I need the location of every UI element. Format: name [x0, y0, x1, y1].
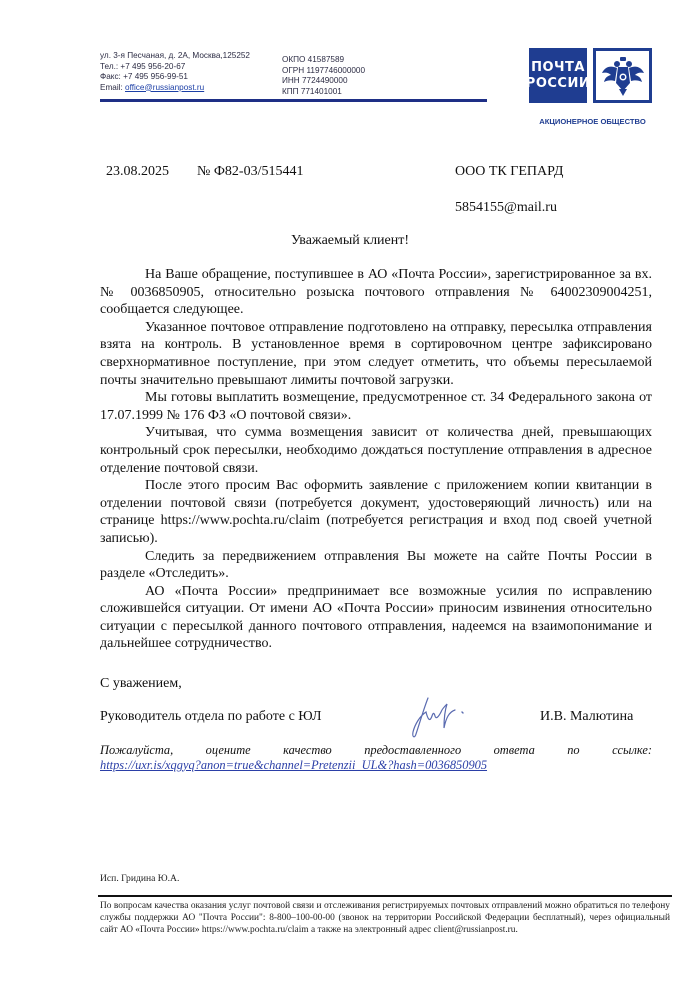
pochta-rossii-logo: ПОЧТА РОССИИ — [529, 48, 656, 103]
salutation: Уважаемый клиент! — [0, 233, 700, 249]
rating-word: оцените — [206, 743, 251, 758]
paragraph-4: Учитывая, что сумма возмещения зависит о… — [100, 424, 652, 477]
sender-email-link[interactable]: office@russianpost.ru — [125, 83, 204, 92]
closing-regards: С уважением, — [100, 676, 182, 692]
signer-name: И.В. Малютина — [540, 709, 633, 725]
sender-phone: Тел.: +7 495 956-20-67 — [100, 62, 250, 73]
rating-word: Пожалуйста, — [100, 743, 173, 758]
footer-divider — [98, 895, 672, 897]
kpp-code: КПП 771401001 — [282, 87, 365, 98]
logo-line-2: РОССИИ — [526, 76, 590, 92]
header-divider — [100, 99, 487, 102]
inn-code: ИНН 7724490000 — [282, 76, 365, 87]
letter-date: 23.08.2025 — [106, 164, 169, 180]
executor-name: Исп. Гридина Ю.А. — [100, 873, 179, 884]
rating-word: качество — [283, 743, 332, 758]
sender-address: ул. 3-я Песчаная, д. 2А, Москва,125252 — [100, 51, 250, 62]
logo-line-1: ПОЧТА — [531, 60, 585, 76]
sender-fax: Факс: +7 495 956-99-51 — [100, 72, 250, 83]
ogrn-code: ОГРН 1197746000000 — [282, 66, 365, 77]
logo-emblem-box — [593, 48, 652, 103]
okpo-code: ОКПО 41587589 — [282, 55, 365, 66]
paragraph-7: АО «Почта России» предпринимает все возм… — [100, 583, 652, 653]
handwritten-signature-icon — [400, 694, 480, 742]
paragraph-3: Мы готовы выплатить возмещение, предусмо… — [100, 389, 652, 424]
logo-subtitle: АКЦИОНЕРНОЕ ОБЩЕСТВО — [529, 117, 656, 126]
support-notice: По вопросам качества оказания услуг почт… — [100, 900, 670, 937]
letter-number: № Ф82-03/515441 — [197, 164, 303, 180]
paragraph-1: На Ваше обращение, поступившее в АО «Поч… — [100, 266, 652, 319]
rating-request: Пожалуйста, оцените качество предоставле… — [100, 743, 652, 772]
double-headed-eagle-icon — [596, 51, 649, 100]
registration-codes: ОКПО 41587589 ОГРН 1197746000000 ИНН 772… — [282, 55, 365, 97]
sender-contacts: ул. 3-я Песчаная, д. 2А, Москва,125252 Т… — [100, 51, 250, 93]
rating-word: предоставленного — [364, 743, 461, 758]
rating-request-text: Пожалуйста, оцените качество предоставле… — [100, 743, 652, 758]
rating-word: по — [567, 743, 579, 758]
sender-email-row: Email: office@russianpost.ru — [100, 83, 250, 94]
paragraph-5: После этого просим Вас оформить заявлени… — [100, 477, 652, 547]
letter-body: На Ваше обращение, поступившее в АО «Поч… — [100, 266, 652, 653]
recipient-email: 5854155@mail.ru — [455, 200, 557, 216]
recipient-name: ООО ТК ГЕПАРД — [455, 164, 563, 180]
paragraph-6: Следить за передвижением отправления Вы … — [100, 548, 652, 583]
paragraph-2: Указанное почтовое отправление подготовл… — [100, 319, 652, 389]
rating-word: ответа — [494, 743, 535, 758]
rating-word: ссылке: — [612, 743, 652, 758]
rating-survey-link[interactable]: https://uxr.is/xqgyq?anon=true&channel=P… — [100, 758, 487, 772]
logo-wordmark: ПОЧТА РОССИИ — [529, 48, 587, 103]
sender-email-label: Email: — [100, 83, 125, 92]
signer-title: Руководитель отдела по работе с ЮЛ — [100, 709, 321, 725]
